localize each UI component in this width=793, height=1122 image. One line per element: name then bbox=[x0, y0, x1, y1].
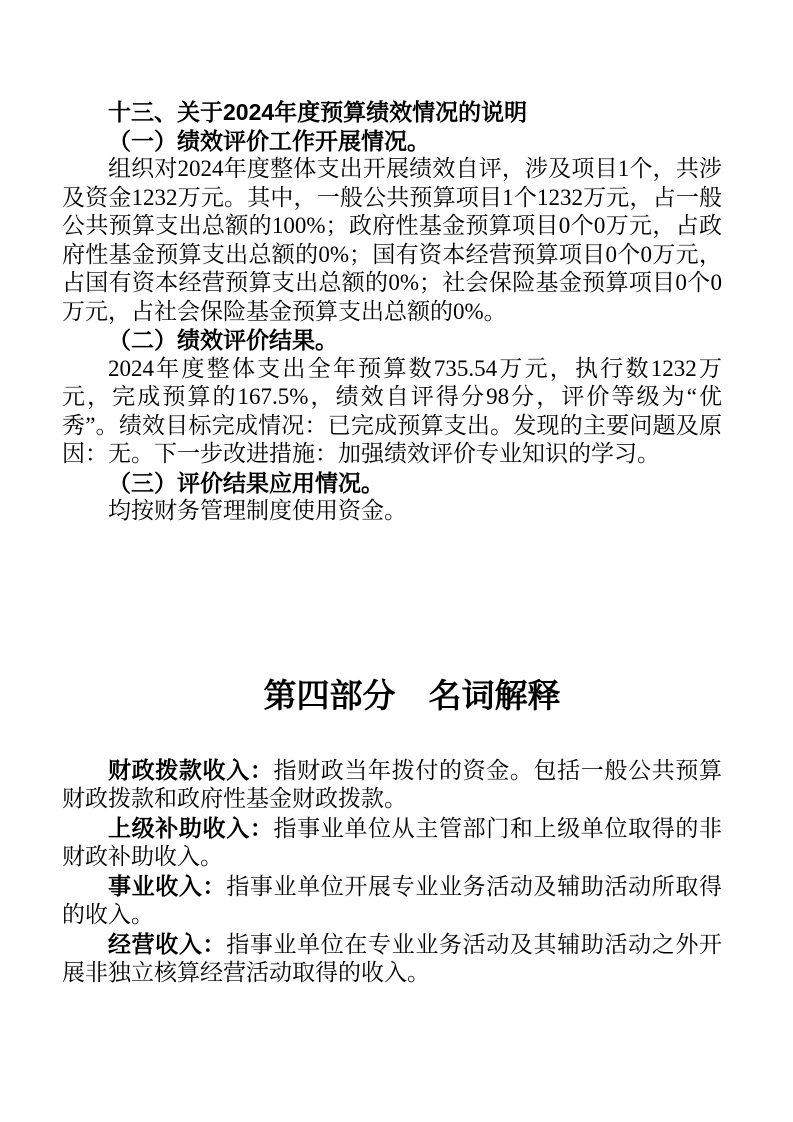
glossary-item-superior-subsidy-income: 上级补助收入：指事业单位从主管部门和上级单位取得的非财政补助收入。 bbox=[62, 814, 722, 872]
section-13-title: 十三、关于2024年度预算绩效情况的说明 bbox=[62, 98, 722, 127]
subsection-2-heading: （二）绩效评价结果。 bbox=[62, 326, 722, 355]
glossary-item-institutional-income: 事业收入：指事业单位开展专业业务活动及辅助活动所取得的收入。 bbox=[62, 872, 722, 930]
subsection-2-body: 2024年度整体支出全年预算数735.54万元，执行数1232万元，完成预算的1… bbox=[62, 355, 722, 469]
subsection-1-heading: （一）绩效评价工作开展情况。 bbox=[62, 127, 722, 156]
document-page: 十三、关于2024年度预算绩效情况的说明 （一）绩效评价工作开展情况。 组织对2… bbox=[0, 0, 793, 1122]
glossary-item-operating-income: 经营收入：指事业单位在专业业务活动及其辅助活动之外开展非独立核算经营活动取得的收… bbox=[62, 930, 722, 988]
subsection-3-heading: （三）评价结果应用情况。 bbox=[62, 469, 722, 498]
part-4-heading: 第四部分 名词解释 bbox=[62, 674, 722, 718]
glossary-term-label: 经营收入： bbox=[108, 931, 226, 957]
subsection-3-body: 均按财务管理制度使用资金。 bbox=[62, 497, 722, 526]
glossary-term-label: 财政拨款收入： bbox=[108, 757, 273, 783]
glossary-item-fiscal-appropriation-income: 财政拨款收入：指财政当年拨付的资金。包括一般公共预算财政拨款和政府性基金财政拨款… bbox=[62, 756, 722, 814]
glossary-term-label: 上级补助收入： bbox=[108, 815, 273, 841]
glossary-term-label: 事业收入： bbox=[108, 873, 226, 899]
glossary-list: 财政拨款收入：指财政当年拨付的资金。包括一般公共预算财政拨款和政府性基金财政拨款… bbox=[62, 756, 722, 988]
subsection-1-body: 组织对2024年度整体支出开展绩效自评，涉及项目1个，共涉及资金1232万元。其… bbox=[62, 155, 722, 326]
